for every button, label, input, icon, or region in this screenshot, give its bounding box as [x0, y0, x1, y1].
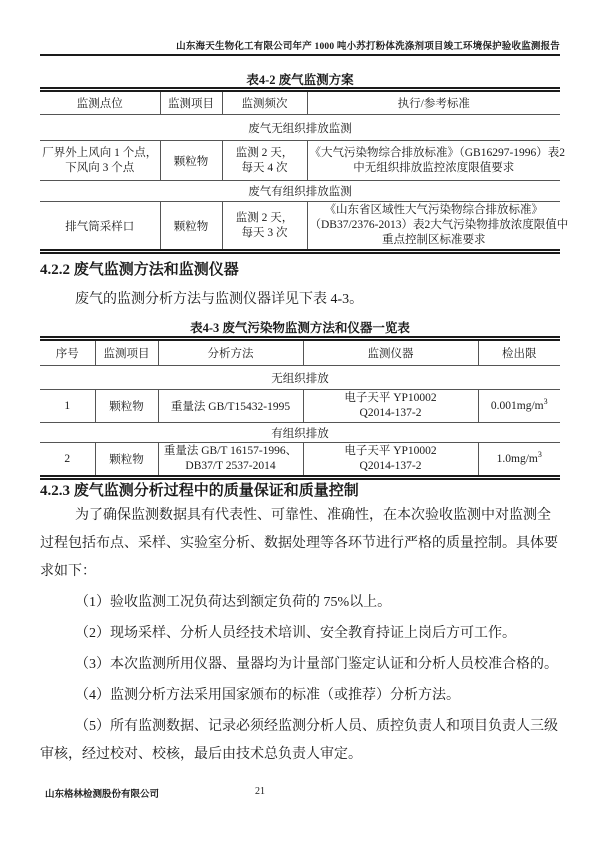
table-4-3-title: 表4-3 废气污染物监测方法和仪器一览表: [0, 318, 600, 336]
cell-monitoring-point: 排气筒采样口: [40, 202, 160, 252]
col-header-analysis-method: 分析方法: [158, 339, 303, 366]
section-row-unorganized-emission: 废气无组织排放监测: [40, 115, 560, 141]
cell-monitoring-item: 颗粒物: [160, 141, 222, 181]
col-header-monitoring-frequency: 监测频次: [222, 90, 307, 115]
page-header-title: 山东海天生物化工有限公司年产 1000 吨小苏打粉体洗涤剂项目竣工环境保护验收监…: [40, 38, 560, 52]
cell-monitoring-item: 颗粒物: [95, 443, 158, 478]
section-row-unorganized: 无组织排放: [40, 366, 560, 390]
cell-number: 1: [40, 390, 95, 423]
cell-detection-limit: 1.0mg/m3: [478, 443, 560, 478]
col-header-monitoring-item: 监测项目: [95, 339, 158, 366]
section-heading-4-2-3: 4.2.3 废气监测分析过程中的质量保证和质量控制: [40, 479, 560, 500]
table-4-2-title: 表4-2 废气监测方案: [0, 70, 600, 88]
table-4-3-method-and-instrument-list: 序号 监测项目 分析方法 监测仪器 检出限 无组织排放 1 颗粒物 重量法 GB…: [40, 336, 560, 480]
col-header-instrument: 监测仪器: [303, 339, 478, 366]
col-header-standard: 执行/参考标准: [307, 90, 560, 115]
cell-instrument: 电子天平 YP10002 Q2014-137-2: [303, 390, 478, 423]
footer-page-number: 21: [240, 786, 280, 797]
col-header-number: 序号: [40, 339, 95, 366]
header-rule: [40, 54, 560, 56]
list-item: （1）验收监测工况负荷达到额定负荷的 75%以上。: [40, 589, 560, 617]
section-4-2-2-paragraph: 废气的监测分析方法与监测仪器详见下表 4-3。: [40, 289, 560, 311]
table-4-2-waste-gas-monitoring-plan: 监测点位 监测项目 监测频次 执行/参考标准 废气无组织排放监测 厂界外上风向 …: [40, 87, 560, 254]
list-item: （4）监测分析方法采用国家颁布的标准（或推荐）分析方法。: [40, 682, 560, 710]
table-row: 1 颗粒物 重量法 GB/T15432-1995 电子天平 YP10002 Q2…: [40, 390, 560, 423]
table-row: 厂界外上风向 1 个点， 下风向 3 个点 颗粒物 监测 2 天， 每天 4 次…: [40, 141, 560, 181]
cell-monitoring-point: 厂界外上风向 1 个点， 下风向 3 个点: [40, 141, 160, 181]
report-page: 山东海天生物化工有限公司年产 1000 吨小苏打粉体洗涤剂项目竣工环境保护验收监…: [0, 0, 600, 848]
cell-instrument: 电子天平 YP10002 Q2014-137-2: [303, 443, 478, 478]
cell-monitoring-frequency: 监测 2 天， 每天 4 次: [222, 141, 307, 181]
cell-standard: 《山东省区域性大气污染物综合排放标准》 （DB37/2376-2013）表2大气…: [307, 202, 560, 252]
col-header-monitoring-item: 监测项目: [160, 90, 222, 115]
cell-number: 2: [40, 443, 95, 478]
section-heading-4-2-2: 4.2.2 废气监测方法和监测仪器: [40, 258, 560, 279]
cell-analysis-method: 重量法 GB/T 16157-1996、 DB37/T 2537-2014: [158, 443, 303, 478]
list-item: （5）所有监测数据、记录必须经监测分析人员、质控负责人和项目负责人三级审核，经过…: [40, 713, 560, 769]
cell-monitoring-item: 颗粒物: [95, 390, 158, 423]
table-4-2-header-row: 监测点位 监测项目 监测频次 执行/参考标准: [40, 90, 560, 115]
table-4-3-header-row: 序号 监测项目 分析方法 监测仪器 检出限: [40, 339, 560, 366]
section-row-organized-emission: 废气有组织排放监测: [40, 181, 560, 202]
section-row-organized: 有组织排放: [40, 423, 560, 443]
cell-standard: 《大气污染物综合排放标准》（GB16297-1996）表2 中无组织排放监控浓度…: [307, 141, 560, 181]
list-item: （2）现场采样、分析人员经技术培训、安全教育持证上岗后方可工作。: [40, 620, 560, 648]
cell-monitoring-item: 颗粒物: [160, 202, 222, 252]
table-row: 排气筒采样口 颗粒物 监测 2 天， 每天 3 次 《山东省区域性大气污染物综合…: [40, 202, 560, 252]
qa-qc-paragraph: 为了确保监测数据具有代表性、可靠性、准确性，在本次验收监测中对监测全过程包括布点…: [40, 502, 560, 586]
list-item: （3）本次监测所用仪器、量器均为计量部门鉴定认证和分析人员校准合格的。: [40, 651, 560, 679]
section-4-2-3-body: 为了确保监测数据具有代表性、可靠性、准确性，在本次验收监测中对监测全过程包括布点…: [40, 502, 560, 769]
cell-monitoring-frequency: 监测 2 天， 每天 3 次: [222, 202, 307, 252]
table-row: 2 颗粒物 重量法 GB/T 16157-1996、 DB37/T 2537-2…: [40, 443, 560, 478]
col-header-monitoring-point: 监测点位: [40, 90, 160, 115]
footer-company-name: 山东格林检测股份有限公司: [45, 786, 159, 800]
cell-detection-limit: 0.001mg/m3: [478, 390, 560, 423]
col-header-detection-limit: 检出限: [478, 339, 560, 366]
cell-analysis-method: 重量法 GB/T15432-1995: [158, 390, 303, 423]
